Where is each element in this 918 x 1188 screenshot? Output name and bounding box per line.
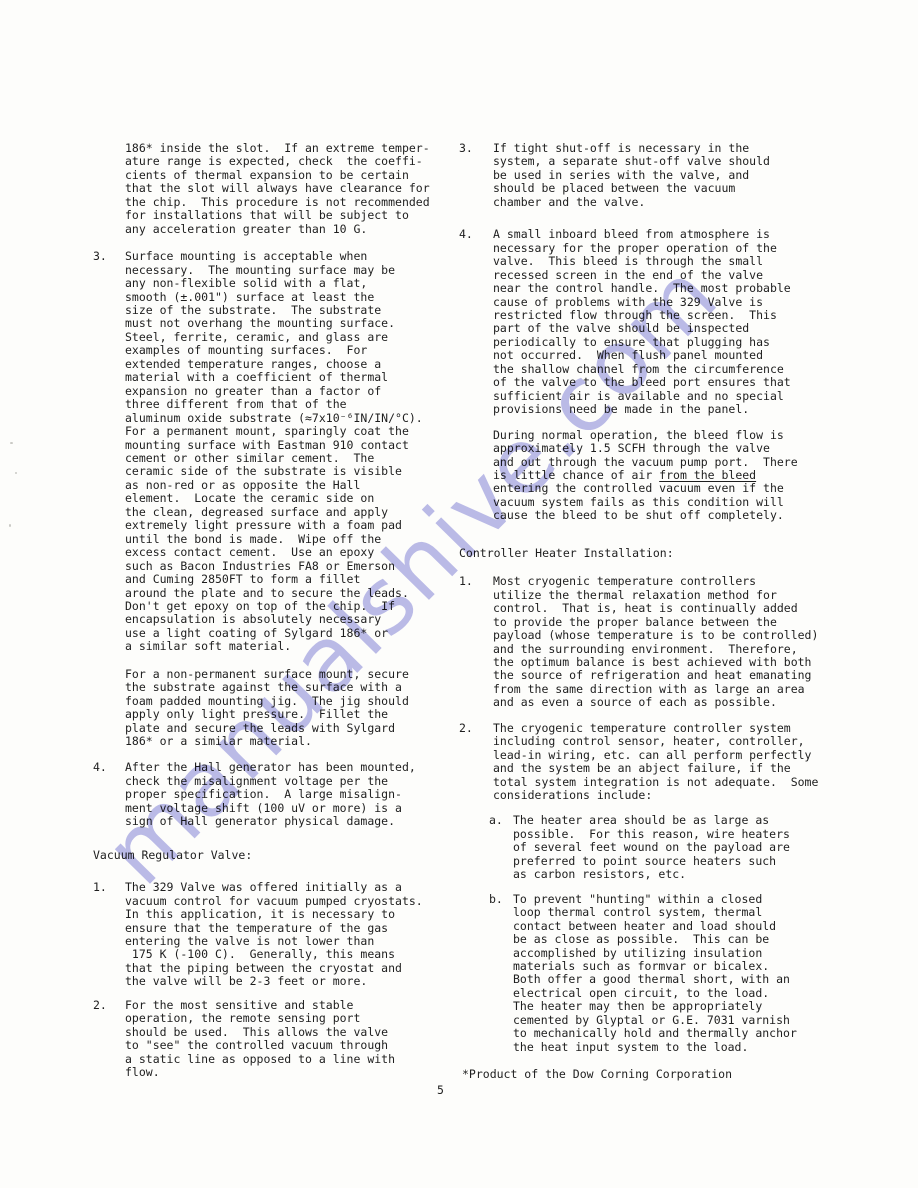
right-column: 3. If tight shut-off is necessary in the…: [459, 142, 859, 1082]
item-3-paragraph-2: For a non-permanent surface mount, secur…: [125, 668, 445, 749]
item-body: Most cryogenic temperature controllers u…: [493, 575, 818, 710]
item-number: 3.: [459, 142, 493, 155]
document-page: manualshive.com 186* inside the slot. If…: [0, 0, 918, 1188]
list-item-2: 2. For the most sensitive and stable ope…: [93, 999, 445, 1080]
item-body: After the Hall generator has been mounte…: [125, 761, 416, 828]
footnote: *Product of the Dow Corning Corporation: [462, 1068, 859, 1081]
item-number: 4.: [459, 228, 493, 241]
scan-speck: [9, 524, 11, 527]
bleed-text-post: entering the controlled vacuum even if t…: [493, 481, 784, 522]
item-body: The cryogenic temperature controller sys…: [493, 722, 818, 803]
left-column: 186* inside the slot. If an extreme temp…: [93, 142, 445, 1080]
item-body: A small inboard bleed from atmosphere is…: [493, 228, 791, 416]
item-body: The 329 Valve was offered initially as a…: [125, 881, 423, 989]
list-item-1: 1. Most cryogenic temperature controller…: [459, 575, 859, 710]
item-number: 1.: [93, 881, 125, 894]
item-body: For the most sensitive and stable operat…: [125, 999, 395, 1080]
item-4-paragraph-2: During normal operation, the bleed flow …: [493, 429, 859, 523]
item-number: 2.: [459, 722, 493, 735]
page-number: 5: [437, 1083, 444, 1097]
section-heading-vacuum-regulator-valve: Vacuum Regulator Valve:: [93, 849, 445, 862]
sub-item-letter: b.: [489, 893, 513, 906]
sub-item-a: a. The heater area should be as large as…: [489, 814, 859, 881]
item-number: 2.: [93, 999, 125, 1012]
item-number: 1.: [459, 575, 493, 588]
bleed-text-underlined: from the bleed: [659, 468, 756, 482]
scan-speck: [15, 472, 17, 474]
list-item-3: 3. If tight shut-off is necessary in the…: [459, 142, 859, 209]
list-item-3: 3. Surface mounting is acceptable when n…: [93, 250, 445, 654]
list-item-4: 4. After the Hall generator has been mou…: [93, 761, 445, 828]
sub-item-body: To prevent "hunting" within a closed loo…: [513, 893, 797, 1054]
list-item-1: 1. The 329 Valve was offered initially a…: [93, 881, 445, 989]
sub-item-b: b. To prevent "hunting" within a closed …: [489, 893, 859, 1054]
sub-item-letter: a.: [489, 814, 513, 827]
sub-item-body: The heater area should be as large as po…: [513, 814, 790, 881]
item-number: 4.: [93, 761, 125, 774]
list-item-4: 4. A small inboard bleed from atmosphere…: [459, 228, 859, 416]
paragraph-intro-continuation: 186* inside the slot. If an extreme temp…: [125, 142, 445, 236]
item-body: If tight shut-off is necessary in the sy…: [493, 142, 770, 209]
item-body: Surface mounting is acceptable when nece…: [125, 250, 423, 654]
section-heading-controller-heater-installation: Controller Heater Installation:: [459, 547, 859, 560]
list-item-2: 2. The cryogenic temperature controller …: [459, 722, 859, 803]
item-number: 3.: [93, 250, 125, 263]
scan-speck: [10, 442, 13, 444]
